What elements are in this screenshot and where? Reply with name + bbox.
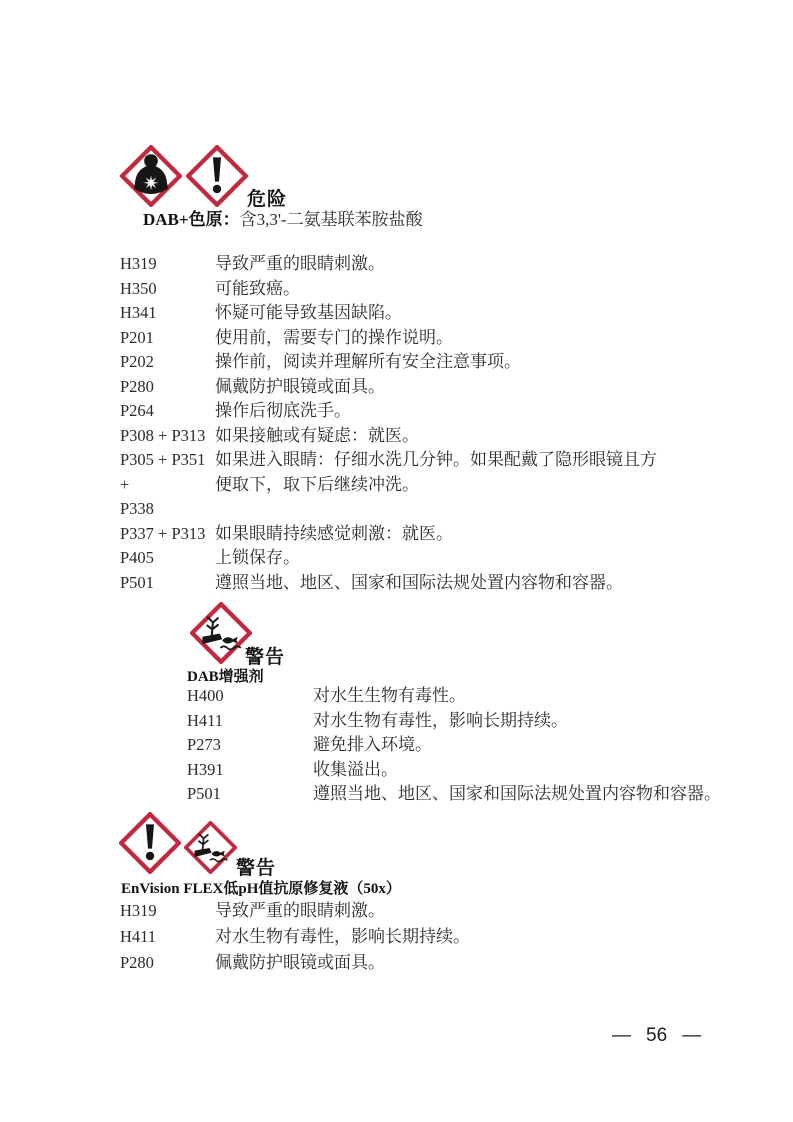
statement-row: P308 + P313如果接触或有疑虑：就医。 (120, 424, 667, 449)
statement-code: P501 (120, 571, 215, 596)
statement-row: P280佩戴防护眼镜或面具。 (120, 950, 667, 976)
statement-text: 对水生生物有毒性。 (313, 684, 753, 709)
section2-pictogram-row (190, 602, 252, 664)
statement-text: 如果眼睛持续感觉刺激：就医。 (215, 522, 667, 547)
footer-dash-left: — (612, 1025, 631, 1047)
statement-text: 对水生物有毒性，影响长期持续。 (313, 709, 753, 734)
section1-product-composition: 含3,3'-二氨基联苯胺盐酸 (240, 210, 423, 229)
statement-row: P305 + P351 + P338如果进入眼睛：仔细水洗几分钟。如果配戴了隐形… (120, 448, 667, 522)
statement-code: H411 (120, 924, 215, 950)
statement-code: H350 (120, 277, 215, 302)
statement-row: P280佩戴防护眼镜或面具。 (120, 375, 667, 400)
statement-code: P305 + P351 + P338 (120, 448, 215, 522)
statement-row: H411对水生物有毒性，影响长期持续。 (120, 924, 667, 950)
page-footer: — 56 — (612, 1025, 701, 1047)
statement-row: H319导致严重的眼睛刺激。 (120, 898, 667, 924)
statement-text: 避免排入环境。 (313, 733, 753, 758)
statement-text: 上锁保存。 (215, 546, 667, 571)
statement-code: H319 (120, 252, 215, 277)
section1-pictogram-row (120, 145, 248, 207)
section3-statements: H319导致严重的眼睛刺激。H411对水生物有毒性，影响长期持续。P280佩戴防… (120, 898, 667, 976)
statement-text: 佩戴防护眼镜或面具。 (215, 375, 667, 400)
statement-code: P273 (187, 733, 313, 758)
sds-document-page: 危险 DAB+色原：含3,3'-二氨基联苯胺盐酸 H319导致严重的眼睛刺激。H… (0, 0, 793, 1122)
section2-product-title: DAB增强剂 (187, 665, 264, 686)
statement-code: H391 (187, 758, 313, 783)
statement-text: 如果进入眼睛：仔细水洗几分钟。如果配戴了隐形眼镜且方便取下，取下后继续冲洗。 (215, 448, 667, 497)
statement-row: P405上锁保存。 (120, 546, 667, 571)
page-number: 56 (646, 1025, 667, 1047)
statement-row: P264操作后彻底洗手。 (120, 399, 667, 424)
statement-text: 使用前，需要专门的操作说明。 (215, 326, 667, 351)
statement-row: P501遵照当地、地区、国家和国际法规处置内容物和容器。 (120, 571, 667, 596)
statement-code: H319 (120, 898, 215, 924)
statement-code: P202 (120, 350, 215, 375)
statement-row: P202操作前，阅读并理解所有安全注意事项。 (120, 350, 667, 375)
ghs-exclamation-mark-icon (186, 145, 248, 207)
statement-text: 收集溢出。 (313, 758, 753, 783)
ghs-environment-icon (184, 821, 237, 874)
section2-statements: H400对水生生物有毒性。H411对水生物有毒性，影响长期持续。P273避免排入… (187, 684, 753, 807)
section1-statements: H319导致严重的眼睛刺激。H350可能致癌。H341怀疑可能导致基因缺陷。P2… (120, 252, 667, 595)
ghs-exclamation-mark-icon (119, 812, 181, 874)
statement-code: P405 (120, 546, 215, 571)
footer-dash-right: — (682, 1025, 701, 1047)
statement-row: P337 + P313如果眼睛持续感觉刺激：就医。 (120, 522, 667, 547)
statement-row: H319导致严重的眼睛刺激。 (120, 252, 667, 277)
statement-code: P308 + P313 (120, 424, 215, 449)
statement-row: P501遵照当地、地区、国家和国际法规处置内容物和容器。 (187, 782, 753, 807)
statement-code: P337 + P313 (120, 522, 215, 547)
statement-text: 可能致癌。 (215, 277, 667, 302)
statement-text: 佩戴防护眼镜或面具。 (215, 950, 667, 976)
statement-row: P201使用前，需要专门的操作说明。 (120, 326, 667, 351)
statement-row: H350可能致癌。 (120, 277, 667, 302)
statement-row: H411对水生物有毒性，影响长期持续。 (187, 709, 753, 734)
statement-text: 对水生物有毒性，影响长期持续。 (215, 924, 667, 950)
section1-product-title: DAB+色原：含3,3'-二氨基联苯胺盐酸 (143, 205, 423, 230)
ghs-environment-icon (190, 602, 252, 664)
statement-row: H400对水生生物有毒性。 (187, 684, 753, 709)
section1-product-name: DAB+色原： (143, 210, 240, 229)
section3-product-title: EnVision FLEX低pH值抗原修复液（50x） (121, 877, 401, 898)
section3-signal-word: 警告 (236, 853, 276, 880)
statement-text: 遵照当地、地区、国家和国际法规处置内容物和容器。 (313, 782, 753, 807)
statement-code: H400 (187, 684, 313, 709)
statement-code: P501 (187, 782, 313, 807)
statement-row: P273避免排入环境。 (187, 733, 753, 758)
statement-code: P201 (120, 326, 215, 351)
statement-code: P280 (120, 375, 215, 400)
statement-text: 操作前，阅读并理解所有安全注意事项。 (215, 350, 667, 375)
statement-text: 遵照当地、地区、国家和国际法规处置内容物和容器。 (215, 571, 667, 596)
statement-row: H341怀疑可能导致基因缺陷。 (120, 301, 667, 326)
statement-text: 导致严重的眼睛刺激。 (215, 898, 667, 924)
statement-code: H341 (120, 301, 215, 326)
statement-code: P280 (120, 950, 215, 976)
statement-text: 操作后彻底洗手。 (215, 399, 667, 424)
statement-text: 如果接触或有疑虑：就医。 (215, 424, 667, 449)
statement-text: 导致严重的眼睛刺激。 (215, 252, 667, 277)
ghs-health-hazard-icon (120, 145, 182, 207)
statement-text: 怀疑可能导致基因缺陷。 (215, 301, 667, 326)
statement-code: P264 (120, 399, 215, 424)
statement-row: H391收集溢出。 (187, 758, 753, 783)
statement-code: H411 (187, 709, 313, 734)
